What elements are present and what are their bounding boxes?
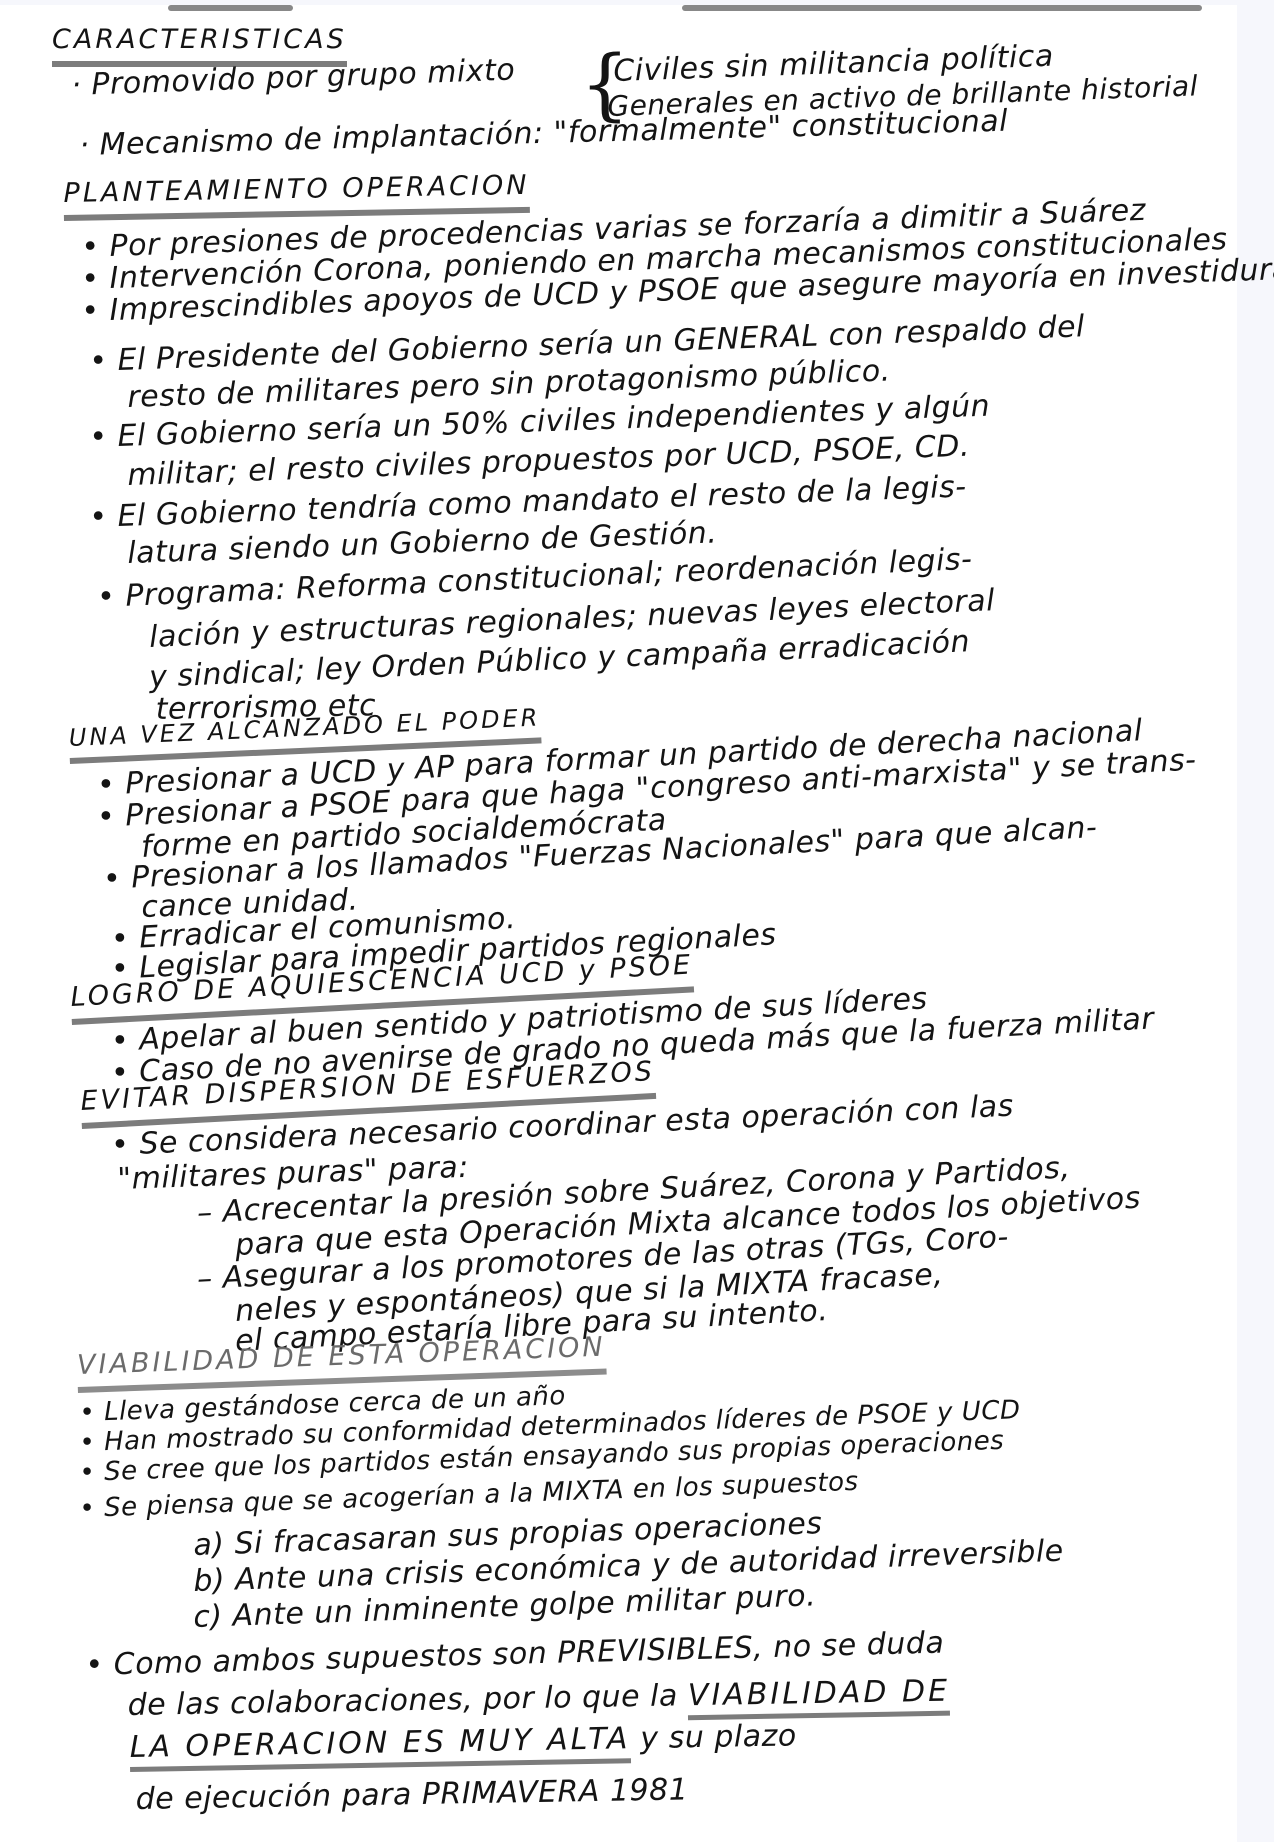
heading-planteamiento: PLANTEAMIENTO OPERACION bbox=[63, 170, 530, 221]
viabilidad-emphasis: VIABILIDAD DE bbox=[688, 1674, 951, 1721]
muy-alta-emphasis: LA OPERACION ES MUY ALTA bbox=[129, 1721, 630, 1772]
scan-artifact bbox=[682, 5, 1202, 11]
scan-artifact bbox=[168, 5, 293, 11]
plazo-text: y su plazo bbox=[640, 1718, 797, 1756]
